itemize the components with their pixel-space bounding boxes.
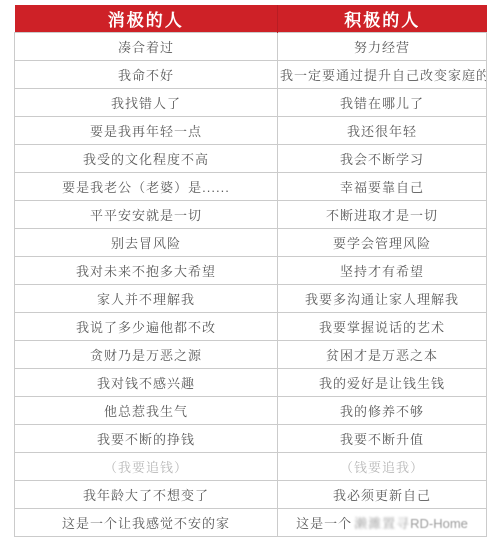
table-row: 我要不断的挣钱 我要不断升值 bbox=[15, 425, 487, 453]
table-row-muted: （我要追钱） （钱要追我） bbox=[15, 453, 487, 481]
negative-cell: 我要不断的挣钱 bbox=[15, 425, 278, 453]
watermark-obscured-glyphs: 濑濉置寻 bbox=[354, 516, 410, 531]
negative-cell: 贪财乃是万恶之源 bbox=[15, 341, 278, 369]
positive-cell: 我要不断升值 bbox=[278, 425, 487, 453]
table-row: 贪财乃是万恶之源 贫困才是万恶之本 bbox=[15, 341, 487, 369]
positive-cell: （钱要追我） bbox=[278, 453, 487, 481]
negative-cell: 别去冒风险 bbox=[15, 229, 278, 257]
negative-cell: 我说了多少遍他都不改 bbox=[15, 313, 278, 341]
table-row: 他总惹我生气 我的修养不够 bbox=[15, 397, 487, 425]
table-row: 我说了多少遍他都不改 我要掌握说话的艺术 bbox=[15, 313, 487, 341]
table-row: 别去冒风险 要学会管理风险 bbox=[15, 229, 487, 257]
negative-cell: 我找错人了 bbox=[15, 89, 278, 117]
table-row: 我受的文化程度不高 我会不断学习 bbox=[15, 145, 487, 173]
negative-cell: （我要追钱） bbox=[15, 453, 278, 481]
negative-vs-positive-table: 消极的人 积极的人 凑合着过 努力经营 我命不好 我一定要通过提升自己改变家庭的… bbox=[14, 5, 487, 537]
positive-cell: 我要掌握说话的艺术 bbox=[278, 313, 487, 341]
table-row: 凑合着过 努力经营 bbox=[15, 33, 487, 61]
positive-cell: 我必须更新自己 bbox=[278, 481, 487, 509]
header-row: 消极的人 积极的人 bbox=[15, 5, 487, 33]
negative-cell: 我对钱不感兴趣 bbox=[15, 369, 278, 397]
positive-cell: 幸福要靠自己 bbox=[278, 173, 487, 201]
table-row: 平平安安就是一切 不断进取才是一切 bbox=[15, 201, 487, 229]
positive-cell-text: 这是一个 bbox=[296, 516, 352, 531]
table-row: 我对未来不抱多大希望 坚持才有希望 bbox=[15, 257, 487, 285]
negative-cell: 他总惹我生气 bbox=[15, 397, 278, 425]
negative-cell: 平平安安就是一切 bbox=[15, 201, 278, 229]
table-row: 我找错人了 我错在哪儿了 bbox=[15, 89, 487, 117]
header-positive: 积极的人 bbox=[278, 5, 487, 33]
negative-cell: 我命不好 bbox=[15, 61, 278, 89]
positive-cell: 要学会管理风险 bbox=[278, 229, 487, 257]
negative-cell: 我受的文化程度不高 bbox=[15, 145, 278, 173]
positive-cell: 我还很年轻 bbox=[278, 117, 487, 145]
table-row: 要是我再年轻一点 我还很年轻 bbox=[15, 117, 487, 145]
table-row: 我命不好 我一定要通过提升自己改变家庭的命运 bbox=[15, 61, 487, 89]
comparison-table-container: 消极的人 积极的人 凑合着过 努力经营 我命不好 我一定要通过提升自己改变家庭的… bbox=[14, 5, 486, 537]
negative-cell: 我对未来不抱多大希望 bbox=[15, 257, 278, 285]
negative-cell: 要是我老公（老婆）是...... bbox=[15, 173, 278, 201]
negative-cell: 家人并不理解我 bbox=[15, 285, 278, 313]
positive-cell: 我的修养不够 bbox=[278, 397, 487, 425]
table-row: 我对钱不感兴趣 我的爱好是让钱生钱 bbox=[15, 369, 487, 397]
header-negative: 消极的人 bbox=[15, 5, 278, 33]
table-row: 家人并不理解我 我要多沟通让家人理解我 bbox=[15, 285, 487, 313]
negative-cell: 这是一个让我感觉不安的家 bbox=[15, 509, 278, 537]
positive-cell-with-watermark: 这是一个濑濉置寻RD-Home bbox=[278, 509, 487, 537]
negative-cell: 凑合着过 bbox=[15, 33, 278, 61]
positive-cell: 我会不断学习 bbox=[278, 145, 487, 173]
positive-cell: 我要多沟通让家人理解我 bbox=[278, 285, 487, 313]
positive-cell: 我错在哪儿了 bbox=[278, 89, 487, 117]
watermark-text: RD-Home bbox=[410, 516, 468, 531]
positive-cell: 坚持才有希望 bbox=[278, 257, 487, 285]
positive-cell: 努力经营 bbox=[278, 33, 487, 61]
negative-cell: 要是我再年轻一点 bbox=[15, 117, 278, 145]
table-row: 我年龄大了不想变了 我必须更新自己 bbox=[15, 481, 487, 509]
positive-cell: 不断进取才是一切 bbox=[278, 201, 487, 229]
positive-cell: 贫困才是万恶之本 bbox=[278, 341, 487, 369]
positive-cell: 我的爱好是让钱生钱 bbox=[278, 369, 487, 397]
table-row: 这是一个让我感觉不安的家 这是一个濑濉置寻RD-Home bbox=[15, 509, 487, 537]
negative-cell: 我年龄大了不想变了 bbox=[15, 481, 278, 509]
table-row: 要是我老公（老婆）是...... 幸福要靠自己 bbox=[15, 173, 487, 201]
positive-cell: 我一定要通过提升自己改变家庭的命运 bbox=[278, 61, 487, 89]
